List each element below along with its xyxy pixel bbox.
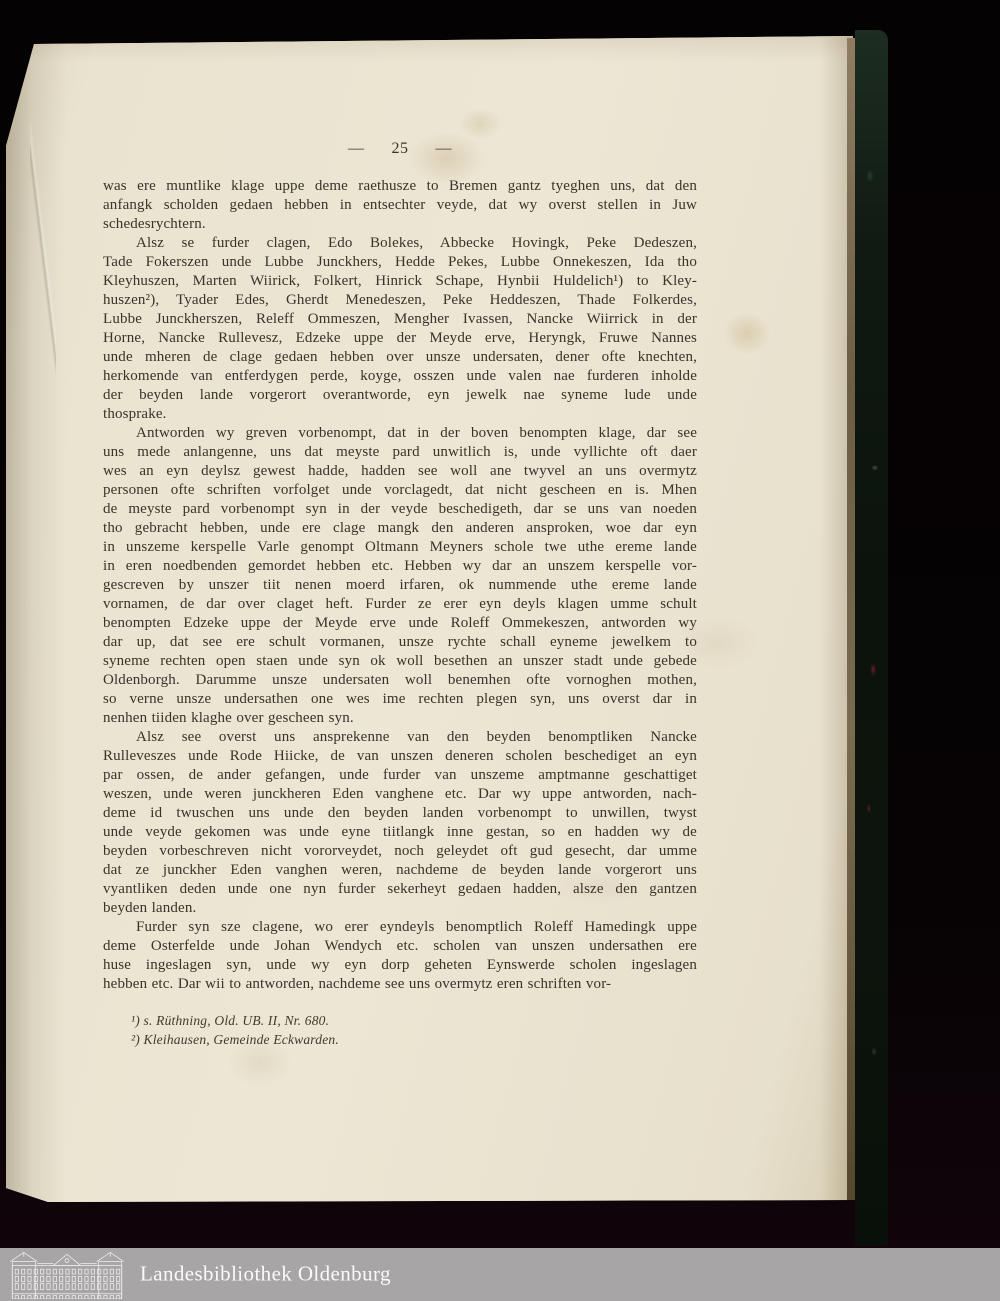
text-line: par ossen, de ander gefangen, unde furde… [103,766,697,785]
text-line: Antworden wy greven vorbenompt, dat in d… [103,424,697,443]
footnote: ¹) s. Rüthning, Old. UB. II, Nr. 680. [131,1012,339,1031]
text-line: deme Osterfelde unde Johan Wendych etc. … [103,937,697,956]
text-line: vornamen, de dar over claget heft. Furde… [103,595,697,614]
footnote: ²) Kleihausen, Gemeinde Eckwarden. [131,1031,339,1050]
header-dash-left: — [348,140,365,158]
text-line: de meyste pard vorbenompt syn in der vey… [103,500,697,519]
text-line: gescreven by unszer tiit nenen moerd irf… [103,576,697,595]
text-line: Rulleveszes unde Rode Hiicke, de van uns… [103,747,697,766]
text-block: was ere muntlike klage uppe deme raethus… [103,177,697,994]
text-line: wes an eyn deylsz gewest hadde, hadden s… [103,462,697,481]
book-page: — 25 — was ere muntlike klage uppe deme … [6,36,853,1202]
paragraph: Alsz se furder clagen, Edo Bolekes, Abbe… [103,234,697,424]
paragraph: was ere muntlike klage uppe deme raethus… [103,177,697,234]
text-line: Lubbe Junckherszen, Releff Ommeszen, Men… [103,310,697,329]
text-line: nenhen tiiden klaghe over gescheen syn. [103,709,697,728]
page-block-edge [847,38,855,1200]
text-line: schedesrychtern. [103,215,697,234]
book-scan: — 25 — was ere muntlike klage uppe deme … [0,0,1000,1301]
text-line: weszen, unde weren junckheren Eden vangh… [103,785,697,804]
text-line: Kleyhuszen, Marten Wiirick, Folkert, Hin… [103,272,697,291]
text-line: was ere muntlike klage uppe deme raethus… [103,177,697,196]
library-name-label: Landesbibliothek Oldenburg [140,1261,391,1286]
text-line: der beyden lande vorgerort overantworde,… [103,386,697,405]
text-line: dat ze junckher Eden vanghen weren, nach… [103,861,697,880]
page-number-header: — 25 — [103,140,697,158]
text-line: huse ingeslagen syn, unde wy eyn dorp ge… [103,956,697,975]
library-footer: Landesbibliothek Oldenburg [0,1248,1000,1301]
text-line: Oldenborgh. Darumme unsze undersaten wol… [103,671,697,690]
footnotes: ¹) s. Rüthning, Old. UB. II, Nr. 680.²) … [131,1012,339,1049]
paragraph: Alsz see overst uns ansprekenne van den … [103,728,697,918]
text-line: tho gebracht hebben, unde ere clage mang… [103,519,697,538]
book-cover-edge [855,30,888,1246]
text-line: Tade Fokerszen unde Lubbe Junckhers, Hed… [103,253,697,272]
text-line: deme id twuschen uns unde den beyden lan… [103,804,697,823]
paper-crease [30,106,56,406]
text-line: unde mheren de clage gedaen hebben over … [103,348,697,367]
text-line: unde veyde gekomen was unde eyne tiitlan… [103,823,697,842]
paragraph: Antworden wy greven vorbenompt, dat in d… [103,424,697,728]
text-line: huszen²), Tyader Edes, Gherdt Menedeszen… [103,291,697,310]
text-line: so verne unsze undersathen one wes ime r… [103,690,697,709]
text-line: in eren noedbenden gemordet hebben etc. … [103,557,697,576]
text-line: uns mede anlangenne, uns dat meyste pard… [103,443,697,462]
page-number: 25 [392,140,409,158]
text-line: personen ofte schriften vorfolget unde v… [103,481,697,500]
text-line: beyden vorbeschreven nicht vororveydet, … [103,842,697,861]
text-line: hebben etc. Dar wii to antworden, nachde… [103,975,697,994]
text-line: benompten Edzeke uppe der Meyde erve und… [103,614,697,633]
text-line: beyden landen. [103,899,697,918]
header-dash-right: — [436,140,453,158]
text-line: dar up, dat see ere schult vormanen, uns… [103,633,697,652]
paragraph: Furder syn sze clagene, wo erer eyndeyls… [103,918,697,994]
text-line: anfangk scholden gedaen hebben in entsec… [103,196,697,215]
text-line: thosprake. [103,405,697,424]
library-building-logo [8,1251,126,1299]
text-line: Furder syn sze clagene, wo erer eyndeyls… [103,918,697,937]
text-line: herkomende van entferdygen perde, koyge,… [103,367,697,386]
text-line: Alsz se furder clagen, Edo Bolekes, Abbe… [103,234,697,253]
text-line: vyantliken deden unde one nyn furder sek… [103,880,697,899]
text-line: Horne, Nancke Rullevesz, Edzeke uppe der… [103,329,697,348]
text-line: syneme rechten open staen unde syn ok wo… [103,652,697,671]
text-line: in unszeme kerspelle Varle genompt Oltma… [103,538,697,557]
text-line: Alsz see overst uns ansprekenne van den … [103,728,697,747]
